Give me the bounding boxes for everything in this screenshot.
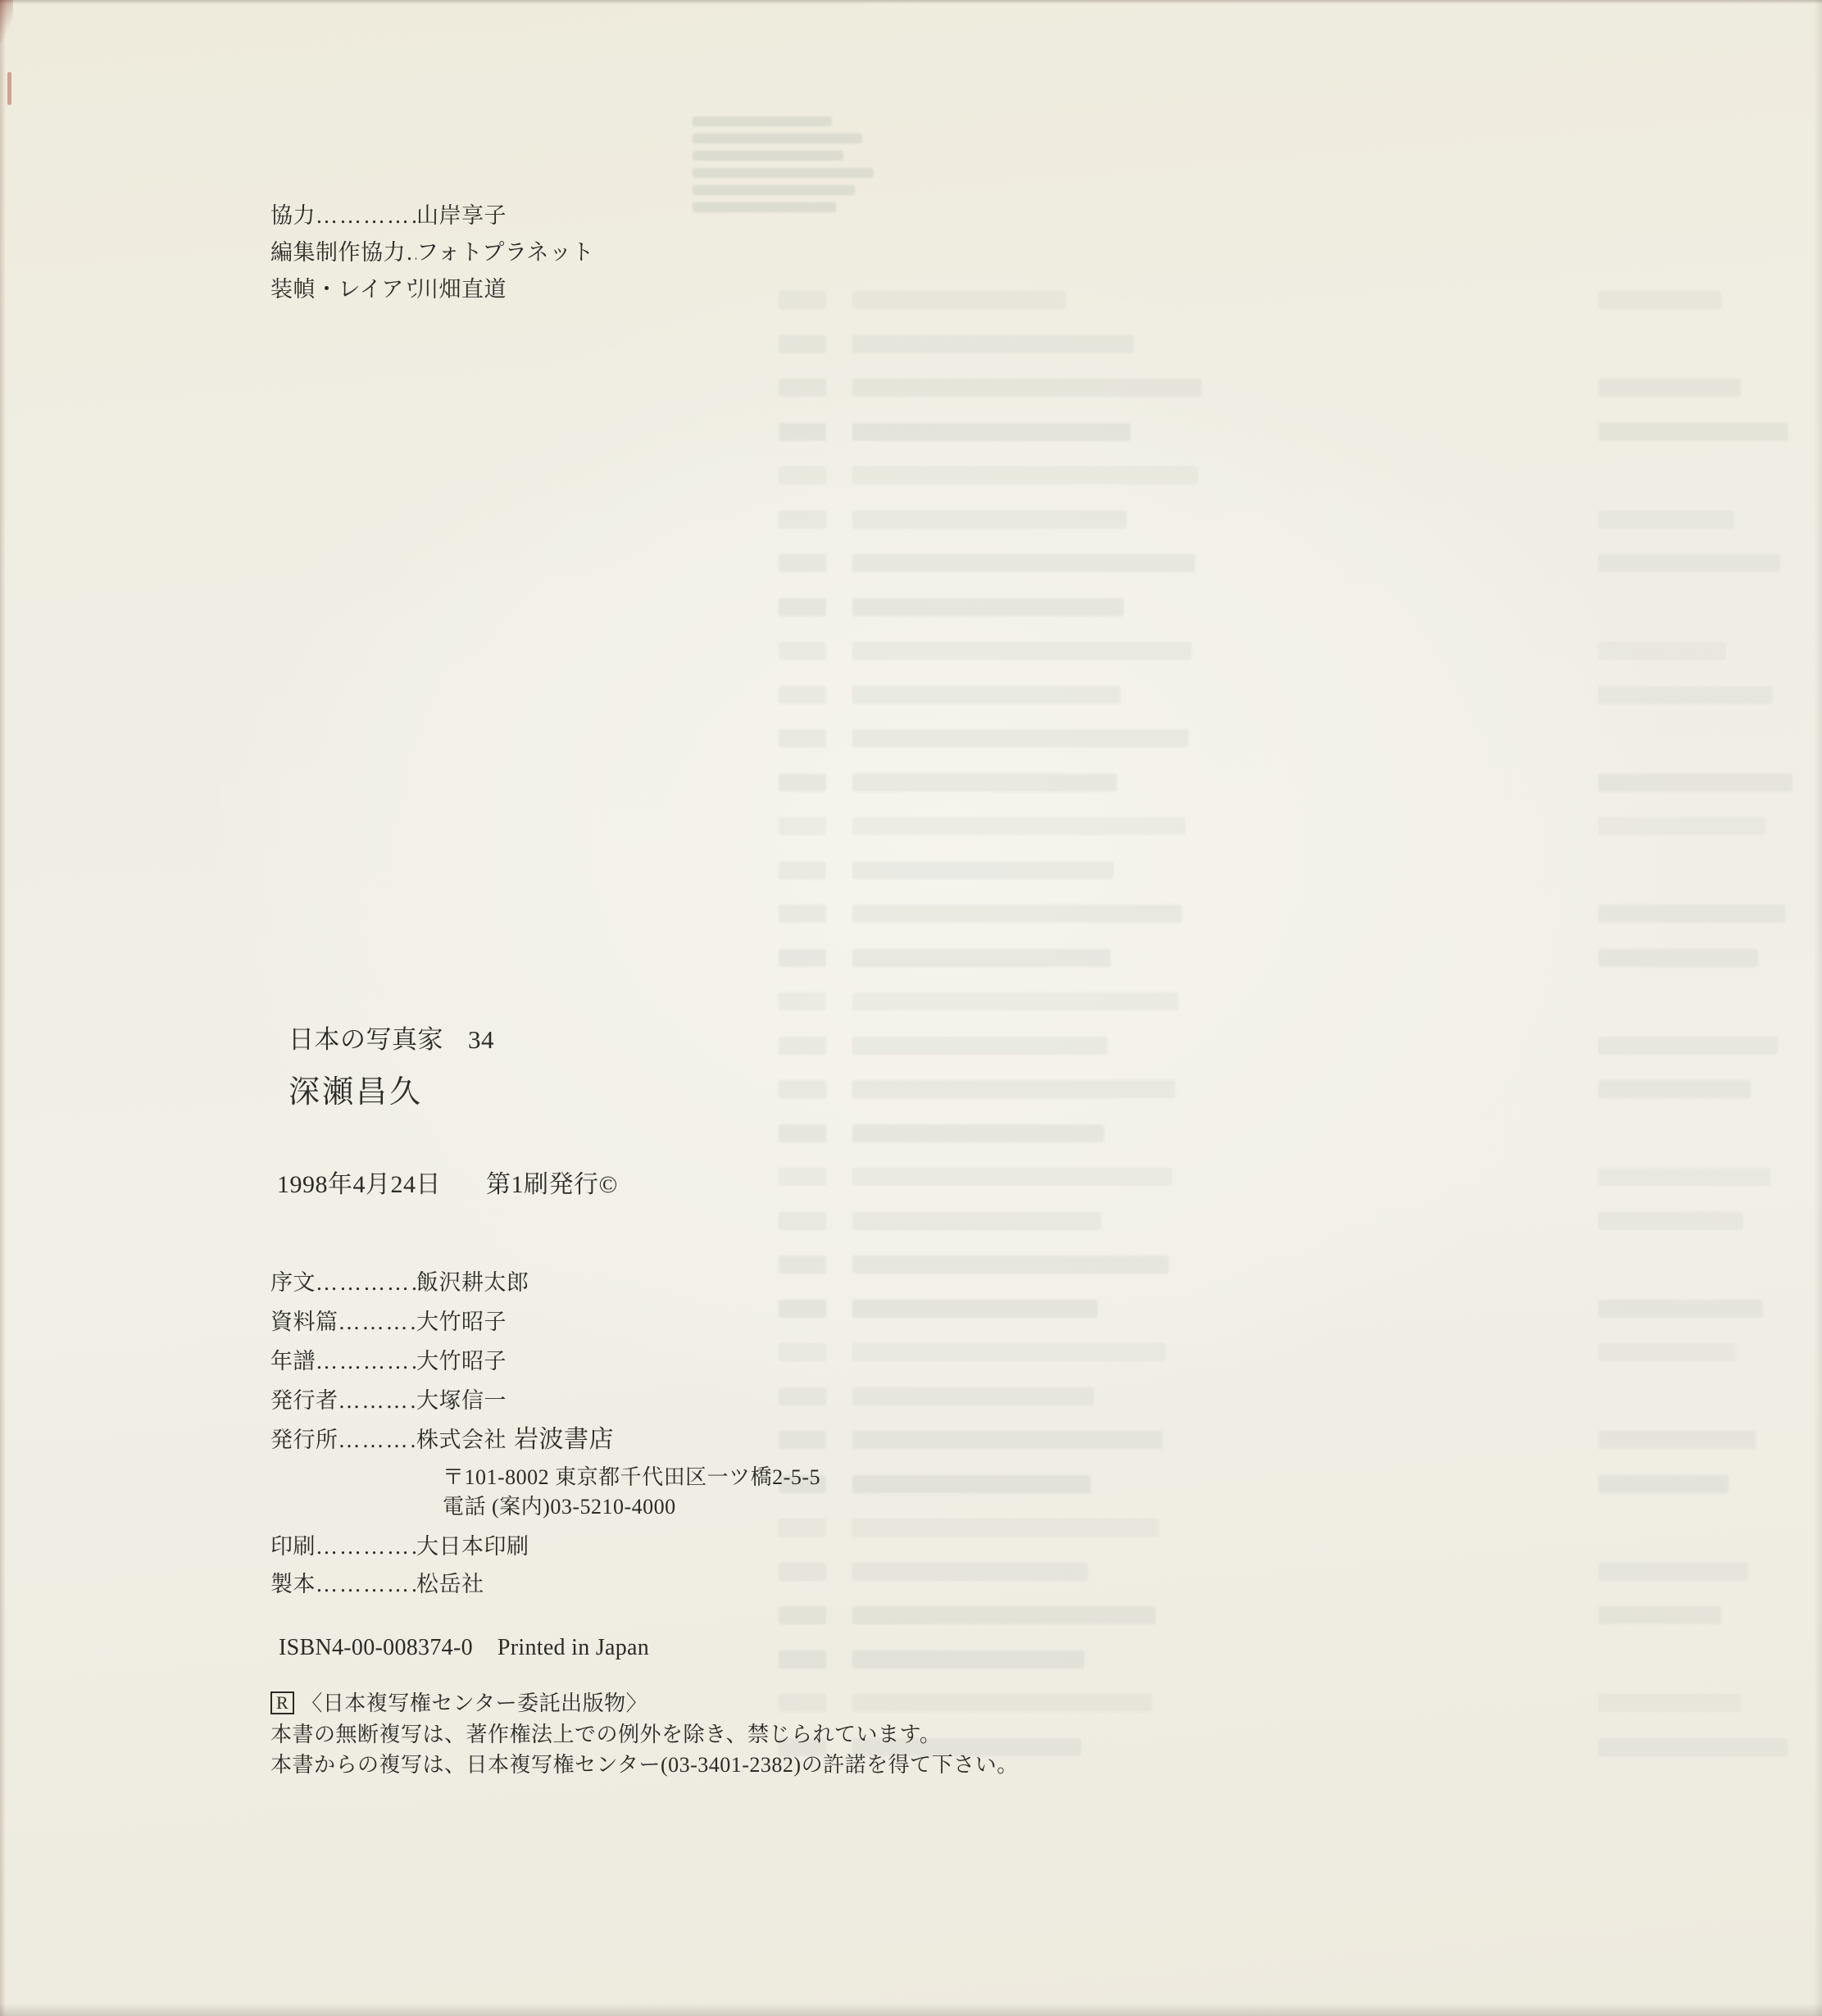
colophon-page: 協力……………… 山岸享子 編集制作協力…… フォトプラネット 装幀・レイアウト… <box>0 0 1822 2016</box>
credit-label: 資料篇 <box>270 1308 339 1336</box>
credit-label-dots: 発行所…………… <box>270 1426 416 1454</box>
dot-leader: ……………… <box>316 1347 416 1375</box>
dot-leader: …………… <box>339 1387 417 1414</box>
dot-leader: ……………… <box>316 1570 416 1598</box>
credit-label-dots: 序文……………… <box>270 1269 416 1296</box>
credit-label: 協力 <box>270 202 316 229</box>
credit-label-dots: 年譜……………… <box>270 1347 416 1375</box>
credit-label: 製本 <box>270 1570 316 1598</box>
credit-label: 発行者 <box>270 1387 339 1414</box>
publisher-name: 岩波書店 <box>514 1426 614 1454</box>
publisher-phone: 電話 (案内)03-5210-4000 <box>443 1493 676 1521</box>
series-name: 日本の写真家 <box>289 1025 443 1054</box>
reproduction-rights-line: R〈日本複写権センター委託出版物〉 <box>270 1687 647 1717</box>
dot-leader: …… <box>406 238 416 266</box>
credit-name: フォトプラネット <box>416 238 594 266</box>
credit-name: 株式会社 <box>416 1426 507 1454</box>
credit-label-dots: 発行者…………… <box>270 1387 416 1414</box>
credit-label: 序文 <box>270 1269 316 1296</box>
credit-label-dots: 印刷……………… <box>270 1532 416 1560</box>
series-volume: 34 <box>468 1025 494 1054</box>
dot-leader: …………… <box>339 1426 417 1454</box>
credit-label: 装幀・レイアウト <box>270 275 416 303</box>
scan-edge-right <box>1814 0 1822 2016</box>
credit-label-dots: 装幀・レイアウト…… <box>270 275 416 303</box>
dot-leader: ……………… <box>316 1269 416 1296</box>
publication-date: 1998年4月24日 <box>277 1171 441 1198</box>
scan-corner-mark <box>0 0 13 43</box>
credit-name: 大竹昭子 <box>416 1347 507 1375</box>
scan-edge-top <box>0 0 1822 4</box>
credit-name: 大塚信一 <box>416 1387 507 1414</box>
credit-label-dots: 資料篇…………… <box>270 1308 416 1336</box>
edition-line: 1998年4月24日第1刷発行© <box>277 1164 618 1200</box>
credit-label: 編集制作協力 <box>270 238 406 266</box>
credit-label-dots: 製本……………… <box>270 1570 416 1598</box>
scan-red-dash <box>7 72 11 105</box>
isbn-number: ISBN4-00-008374-0 <box>279 1635 473 1660</box>
credit-row-publishing-house: 発行所…………… 株式会社 岩波書店 <box>270 1426 614 1454</box>
credit-row-design: 装幀・レイアウト…… 川畑直道 <box>270 275 507 303</box>
credit-row-preface: 序文……………… 飯沢耕太郎 <box>270 1269 529 1296</box>
author-name: 深瀬昌久 <box>289 1066 423 1111</box>
credit-name: 飯沢耕太郎 <box>416 1269 529 1296</box>
credit-name: 大竹昭子 <box>416 1308 507 1336</box>
credit-label-dots: 編集制作協力…… <box>270 238 416 266</box>
credit-label: 年譜 <box>270 1347 316 1375</box>
rights-center-notice: 〈日本複写権センター委託出版物〉 <box>301 1691 647 1715</box>
copyright-line-1: 本書の無断複写は、著作権法上での例外を除き、禁じられています。 <box>270 1718 941 1748</box>
series-title: 日本の写真家34 <box>289 1019 494 1056</box>
credit-name: 山岸享子 <box>416 202 507 229</box>
credit-name: 川畑直道 <box>416 275 507 303</box>
credit-label: 発行所 <box>270 1426 339 1454</box>
credit-row-materials: 資料篇…………… 大竹昭子 <box>270 1308 507 1336</box>
credit-row-printing: 印刷……………… 大日本印刷 <box>270 1532 529 1560</box>
credit-row-editorial: 編集制作協力…… フォトプラネット <box>270 238 594 266</box>
publisher-address: 〒101-8002 東京都千代田区一ツ橋2-5-5 <box>443 1464 820 1492</box>
isbn-line: ISBN4-00-008374-0Printed in Japan <box>279 1635 649 1661</box>
printed-in-japan: Printed in Japan <box>498 1635 649 1660</box>
scan-edge-left <box>0 0 6 2016</box>
printing-statement: 第1刷発行© <box>486 1171 618 1198</box>
credit-name: 松岳社 <box>416 1570 484 1598</box>
copyright-line-2: 本書からの複写は、日本複写権センター(03-3401-2382)の許諾を得て下さ… <box>270 1748 1019 1778</box>
credit-label: 印刷 <box>270 1532 316 1560</box>
credit-label-dots: 協力……………… <box>270 202 416 229</box>
dot-leader: ……………… <box>316 202 416 229</box>
dot-leader: ……………… <box>316 1532 416 1560</box>
credit-row-binding: 製本……………… 松岳社 <box>270 1570 484 1598</box>
scan-edge-bottom <box>0 2003 1822 2016</box>
credit-row-cooperation: 協力……………… 山岸享子 <box>270 202 507 229</box>
credit-name: 大日本印刷 <box>416 1532 529 1560</box>
dot-leader: …………… <box>339 1308 417 1336</box>
r-mark-icon: R <box>270 1691 294 1714</box>
credit-row-chronology: 年譜……………… 大竹昭子 <box>270 1347 507 1375</box>
credit-row-publisher-person: 発行者…………… 大塚信一 <box>270 1387 507 1414</box>
